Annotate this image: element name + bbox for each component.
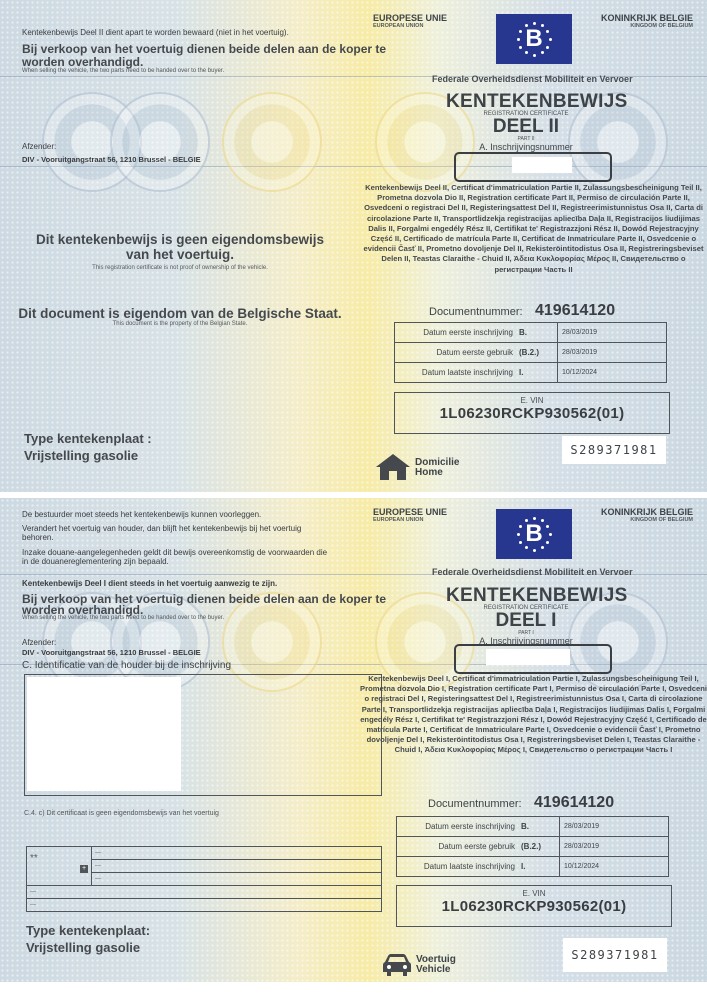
sender-address: DIV - Vooruitgangstraat 56, 1210 Brussel…: [22, 155, 201, 164]
owner-change-line1: Verandert het voertuig van houder, dan b…: [22, 524, 301, 533]
country-label-en: KINGDOM OF BELGIUM: [601, 23, 693, 30]
date-row: Datum laatste inschrijvingI.10/12/2024: [397, 857, 669, 877]
star-icon: [549, 533, 552, 536]
dates-table: Datum eerste inschrijvingB.28/03/2019Dat…: [394, 322, 667, 383]
eu-label-en: EUROPEAN UNION: [373, 23, 447, 30]
plate-number-label: A. Inschrijvingsnummer: [446, 142, 606, 152]
date-code: B.: [521, 822, 555, 831]
registration-part-1: De bestuurder moet steeds het kentekenbe…: [0, 498, 707, 982]
document-number: Documentnummer: 419614120: [429, 302, 615, 320]
star-icon: [525, 24, 528, 27]
country-header: KONINKRIJK BELGIE KINGDOM OF BELGIUM: [601, 507, 693, 524]
eu-label: EUROPESE UNIE: [373, 507, 447, 517]
star-icon: [549, 38, 552, 41]
star-icon: [519, 525, 522, 528]
date-code: (B.2.): [521, 842, 555, 851]
date-label-text: Datum laatste inschrijving: [422, 368, 513, 377]
star-icon: [541, 24, 544, 27]
customs-line2: in de douanereglementering zijn bepaald.: [22, 557, 169, 566]
star-icon: [519, 46, 522, 49]
date-label: Datum eerste gebruik(B.2.): [397, 837, 560, 857]
sender-label: Afzender:: [22, 142, 56, 151]
star-icon: [541, 51, 544, 54]
footer-label: Domicilie Home: [415, 458, 459, 478]
title-part: DEEL I: [446, 612, 606, 630]
certificate-title: KENTEKENBEWIJS REGISTRATION CERTIFICATE …: [446, 587, 606, 646]
sale-notice-en: When selling the vehicle, the two parts …: [22, 68, 224, 74]
ownership-line2: van het voertuig.: [0, 247, 360, 262]
date-label: Datum laatste inschrijvingI.: [395, 363, 558, 383]
footer-line2: Vehicle: [416, 965, 456, 975]
holder-row: ---: [27, 899, 382, 912]
date-label-text: Datum eerste inschrijving: [423, 328, 513, 337]
date-label-text: Datum eerste gebruik: [439, 842, 515, 851]
country-header: KONINKRIJK BELGIE KINGDOM OF BELGIUM: [601, 13, 693, 30]
star-icon: [517, 38, 520, 41]
country-label: KONINKRIJK BELGIE: [601, 13, 693, 23]
star-icon: [525, 546, 528, 549]
date-row: Datum eerste gebruik(B.2.)28/03/2019: [395, 343, 667, 363]
date-value: 28/03/2019: [558, 343, 667, 363]
date-value: 10/12/2024: [560, 857, 669, 877]
date-label: Datum laatste inschrijvingI.: [397, 857, 560, 877]
plate-number-field: [454, 152, 612, 182]
star-icon: [517, 533, 520, 536]
plate-type-value: Vrijstelling gasolie: [24, 447, 138, 464]
multilingual-title-list: Kentekenbewijs Deel II, Certificat d'imm…: [360, 183, 707, 275]
state-property-notice: Dit document is eigendom van de Belgisch…: [0, 306, 360, 327]
owner-change-line2: behoren.: [22, 533, 54, 542]
keep-separate-note: Kentekenbewijs Deel II dient apart te wo…: [22, 28, 289, 37]
star-icon: [533, 54, 536, 57]
date-code: I.: [521, 862, 555, 871]
dates-table: Datum eerste inschrijvingB.28/03/2019Dat…: [396, 816, 669, 877]
in-vehicle-note: Kentekenbewijs Deel I dient steeds in he…: [22, 579, 277, 588]
house-icon: [375, 453, 411, 481]
title-main: KENTEKENBEWIJS: [446, 587, 606, 605]
date-code: I.: [519, 368, 553, 377]
date-label: Datum eerste inschrijvingB.: [397, 817, 560, 837]
serial-number: S289371981: [562, 436, 666, 464]
sale-notice-en: When selling the vehicle, the two parts …: [22, 615, 224, 621]
title-main: KENTEKENBEWIJS: [446, 93, 606, 111]
ownership-notice: Dit kentekenbewijs is geen eigendomsbewi…: [0, 232, 360, 271]
plate-type-value: Vrijstelling gasolie: [26, 939, 140, 956]
state-property-nl: Dit document is eigendom van de Belgisch…: [0, 306, 360, 321]
date-value: 28/03/2019: [560, 837, 669, 857]
star-icon: [533, 517, 536, 520]
ownership-en: This registration certificate is not pro…: [0, 265, 360, 271]
vin-label: E. VIN: [395, 396, 669, 405]
country-label-en: KINGDOM OF BELGIUM: [601, 517, 693, 524]
footer-label: Voertuig Vehicle: [416, 955, 456, 975]
vin-label: E. VIN: [397, 889, 671, 898]
vin-value: 1L06230RCKP930562(01): [395, 405, 669, 422]
vin-value: 1L06230RCKP930562(01): [397, 898, 671, 915]
eu-label-en: EUROPEAN UNION: [373, 517, 447, 524]
redacted-plate-number: [512, 157, 572, 173]
present-note: De bestuurder moet steeds het kentekenbe…: [22, 510, 261, 519]
document-number-value: 419614120: [535, 302, 615, 319]
agency-name: Federale Overheidsdienst Mobiliteit en V…: [432, 74, 633, 84]
eu-header: EUROPESE UNIE EUROPEAN UNION: [373, 13, 447, 30]
date-row: Datum laatste inschrijvingI.10/12/2024: [395, 363, 667, 383]
redacted-holder-info: [27, 677, 181, 791]
wheel-watermark: [222, 92, 322, 192]
star-icon: [525, 51, 528, 54]
star-icon: [533, 22, 536, 25]
holder-id-label: C. Identificatie van de houder bij de in…: [22, 660, 231, 671]
holder-row: ---: [92, 847, 382, 860]
serial-number: S289371981: [563, 938, 667, 972]
date-value: 28/03/2019: [558, 323, 667, 343]
holder-identification-box: [24, 674, 382, 796]
date-code: (B.2.): [519, 348, 553, 357]
date-row: Datum eerste gebruik(B.2.)28/03/2019: [397, 837, 669, 857]
plate-type-label: Type kentekenplaat:: [26, 922, 150, 939]
document-number-value: 419614120: [534, 794, 614, 811]
holder-row: ---: [27, 886, 382, 899]
registration-part-2: Kentekenbewijs Deel II dient apart te wo…: [0, 0, 707, 492]
plate-number-field: [454, 644, 612, 674]
date-row: Datum eerste inschrijvingB.28/03/2019: [395, 323, 667, 343]
plus-icon: +: [80, 865, 88, 873]
sender-label: Afzender:: [22, 638, 56, 647]
holder-row: ---: [92, 873, 382, 886]
redacted-plate-number: [486, 649, 570, 665]
document-number-label: Documentnummer:: [428, 798, 522, 810]
eu-belgium-flag: B: [496, 509, 572, 559]
footer-line2: Home: [415, 468, 459, 478]
document-number: Documentnummer: 419614120: [428, 794, 614, 812]
agency-name: Federale Overheidsdienst Mobiliteit en V…: [432, 567, 633, 577]
date-value: 10/12/2024: [558, 363, 667, 383]
sender-address: DIV - Vooruitgangstraat 56, 1210 Brussel…: [22, 648, 201, 657]
wheel-watermark: [110, 92, 210, 192]
eu-belgium-flag: B: [496, 14, 572, 64]
star-icon: [541, 546, 544, 549]
date-label-text: Datum eerste inschrijving: [425, 822, 515, 831]
holder-details-table: ** + --- --- --- --- ---: [26, 846, 382, 912]
date-value: 28/03/2019: [560, 817, 669, 837]
holder-marker-cell: ** +: [27, 847, 92, 886]
date-label: Datum eerste inschrijvingB.: [395, 323, 558, 343]
document-number-label: Documentnummer:: [429, 306, 523, 318]
date-row: Datum eerste inschrijvingB.28/03/2019: [397, 817, 669, 837]
holder-row: ---: [92, 860, 382, 873]
date-label-text: Datum laatste inschrijving: [424, 862, 515, 871]
customs-line1: Inzake douane-aangelegenheden geldt dit …: [22, 548, 327, 557]
state-property-en: This document is the property of the Bel…: [0, 321, 360, 327]
car-icon: [382, 953, 412, 977]
title-part: DEEL II: [446, 118, 606, 136]
ownership-note: C.4. c) Dit certificaat is geen eigendom…: [24, 810, 219, 817]
holder-marker: **: [30, 853, 38, 864]
date-code: B.: [519, 328, 553, 337]
date-label: Datum eerste gebruik(B.2.): [395, 343, 558, 363]
eu-header: EUROPESE UNIE EUROPEAN UNION: [373, 507, 447, 524]
country-label: KONINKRIJK BELGIE: [601, 507, 693, 517]
star-icon: [541, 519, 544, 522]
star-icon: [519, 541, 522, 544]
multilingual-title-list: Kentekenbewijs Deel I, Certificat d'imma…: [360, 674, 707, 756]
star-icon: [519, 30, 522, 33]
plate-type-label: Type kentekenplaat :: [24, 430, 152, 447]
vin-box: E. VIN 1L06230RCKP930562(01): [396, 885, 672, 927]
date-label-text: Datum eerste gebruik: [437, 348, 513, 357]
star-icon: [525, 519, 528, 522]
eu-label: EUROPESE UNIE: [373, 13, 447, 23]
vin-box: E. VIN 1L06230RCKP930562(01): [394, 392, 670, 434]
eu-stars-icon: B: [516, 516, 552, 552]
certificate-title: KENTEKENBEWIJS REGISTRATION CERTIFICATE …: [446, 93, 606, 152]
eu-stars-icon: B: [516, 21, 552, 57]
star-icon: [533, 549, 536, 552]
ownership-line1: Dit kentekenbewijs is geen eigendomsbewi…: [0, 232, 360, 247]
